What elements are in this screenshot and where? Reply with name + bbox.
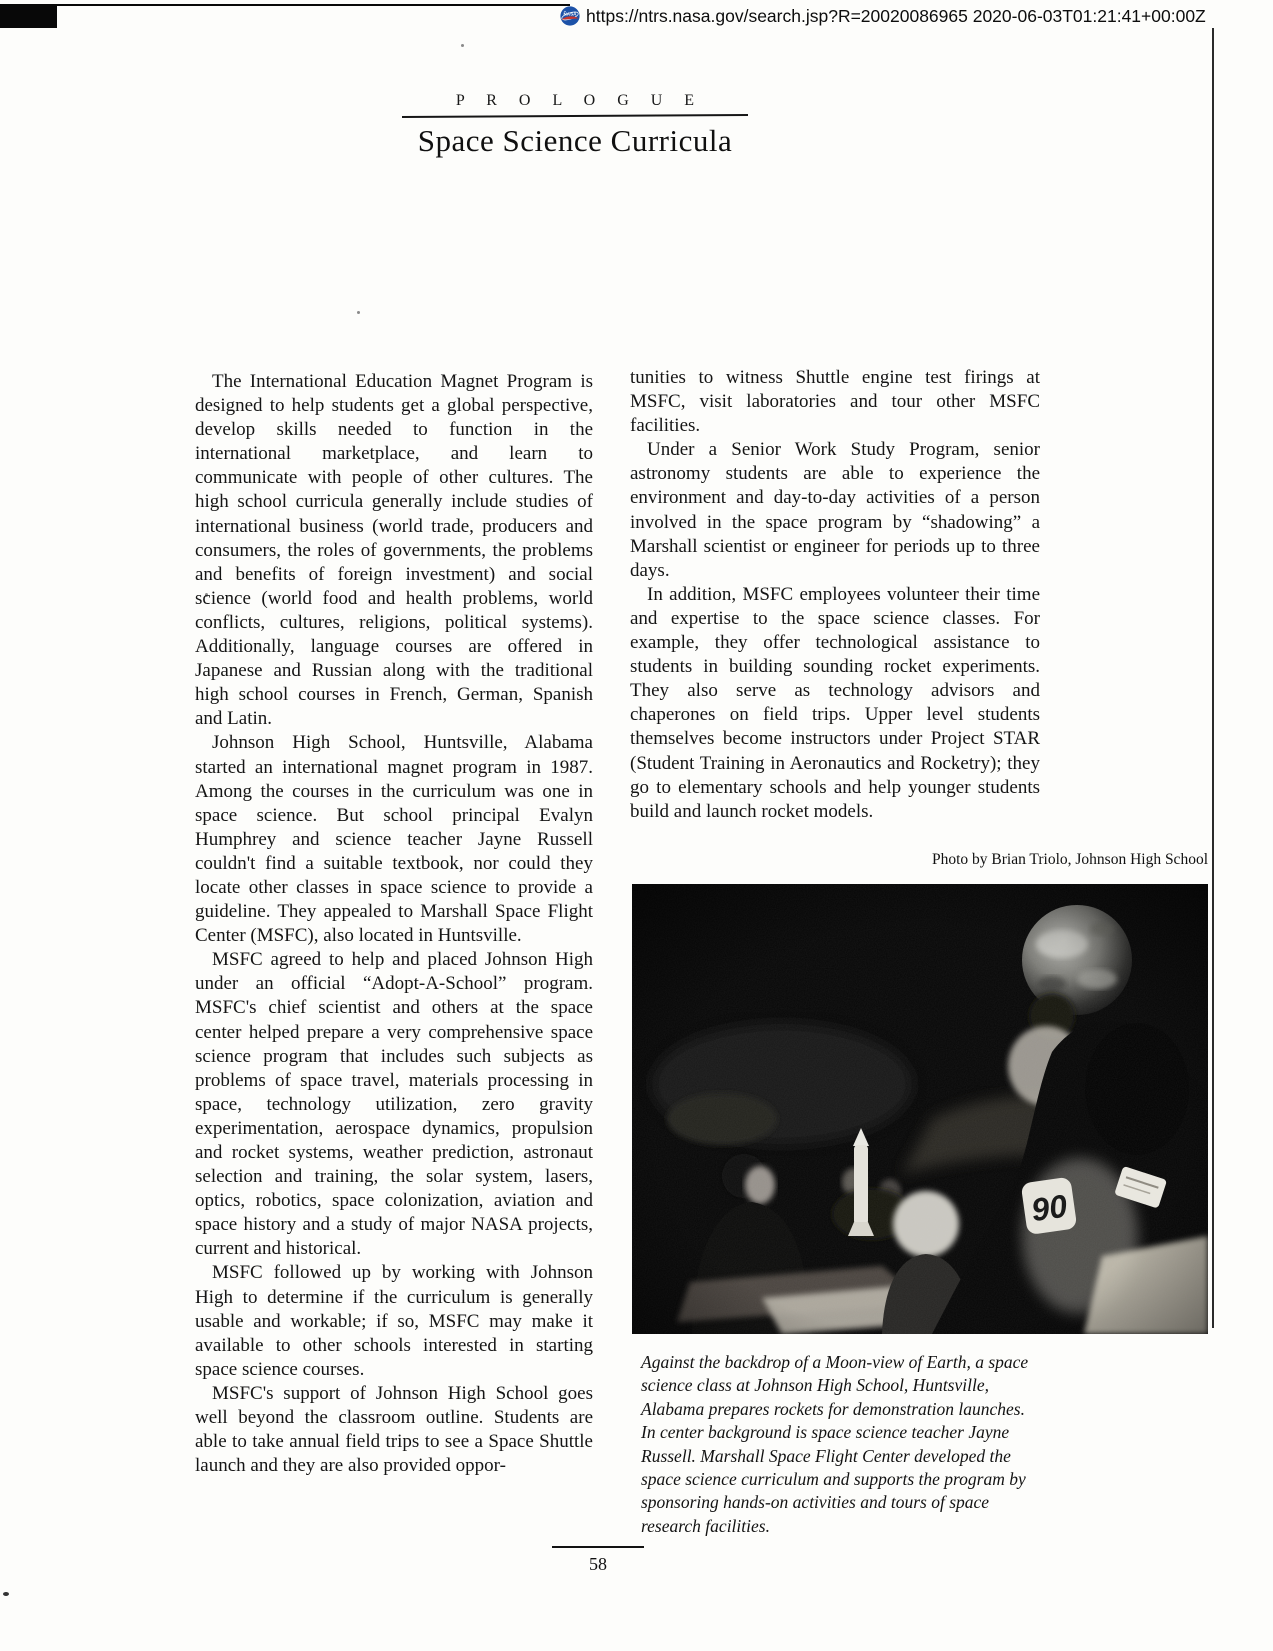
classroom-photo: 90 <box>632 884 1208 1334</box>
photo-caption: Against the backdrop of a Moon-view of E… <box>641 1351 1039 1538</box>
scan-speck <box>3 1592 9 1596</box>
page-number: 58 <box>552 1554 644 1575</box>
source-url[interactable]: https://ntrs.nasa.gov/search.jsp?R=20020… <box>586 6 1206 27</box>
section-kicker: P R O L O G U E <box>402 92 748 110</box>
paragraph: tunities to witness Shuttle engine test … <box>630 366 1040 438</box>
paragraph: Under a Senior Work Study Program, senio… <box>630 438 1040 583</box>
nasa-meatball-icon: NASA <box>560 6 580 26</box>
scan-artifact-top-line <box>0 4 570 6</box>
title-divider-rule <box>402 114 748 118</box>
right-text-column: tunities to witness Shuttle engine test … <box>630 366 1040 824</box>
paragraph: The International Education Magnet Progr… <box>195 370 593 731</box>
scan-artifact-right-edge-line <box>1212 28 1214 1328</box>
scanned-document-page: NASA https://ntrs.nasa.gov/search.jsp?R=… <box>0 0 1273 1651</box>
scan-artifact-corner-block <box>0 4 57 28</box>
page-title: Space Science Curricula <box>402 123 748 159</box>
title-block: P R O L O G U E Space Science Curricula <box>402 92 748 159</box>
footer-rule <box>552 1546 644 1548</box>
scan-speck <box>461 44 464 47</box>
photo-credit: Photo by Brian Triolo, Johnson High Scho… <box>900 851 1208 869</box>
paragraph: MSFC followed up by working with Johnson… <box>195 1261 593 1381</box>
header: NASA https://ntrs.nasa.gov/search.jsp?R=… <box>560 3 1206 29</box>
classroom-photo-scene: 90 <box>632 884 1208 1334</box>
paragraph: In addition, MSFC employees volunteer th… <box>630 583 1040 824</box>
scan-speck <box>357 311 360 314</box>
paragraph: Johnson High School, Huntsville, Alabama… <box>195 731 593 948</box>
paragraph: MSFC agreed to help and placed Johnson H… <box>195 948 593 1261</box>
left-text-column: The International Education Magnet Progr… <box>195 370 593 1478</box>
paragraph: MSFC's support of Johnson High School go… <box>195 1382 593 1478</box>
